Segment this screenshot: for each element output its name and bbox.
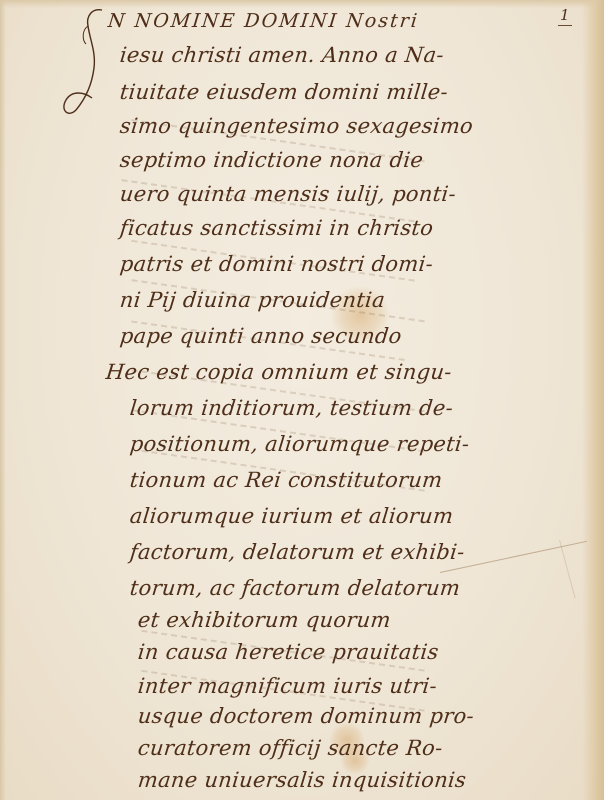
text-line: lorum inditiorum, testium de- (129, 396, 455, 420)
text-line: Hec est copia omnium et singu- (105, 360, 453, 384)
text-line: positionum, aliorumque repeti- (129, 432, 471, 456)
text-line: torum, ac factorum delatorum (129, 576, 462, 600)
text-line: N NOMINE DOMINI Nostri (107, 10, 420, 32)
text-line: usque doctorem dominum pro- (137, 704, 476, 728)
text-line: pape quinti anno secundo (119, 324, 403, 348)
text-line: patris et domini nostri domi- (119, 252, 435, 276)
text-line: inter magnificum iuris utri- (137, 674, 438, 698)
manuscript-text: N NOMINE DOMINI Nostri iesu christi amen… (0, 0, 604, 800)
text-line: curatorem officij sancte Ro- (137, 736, 444, 760)
text-line: ni Pij diuina prouidentia (119, 288, 387, 312)
text-line: tiuitate eiusdem domini mille- (119, 80, 450, 104)
text-line: simo quingentesimo sexagesimo (119, 114, 475, 138)
text-line: tionum ac Rei constitutorum (129, 468, 444, 492)
text-line: aliorumque iurium et aliorum (129, 504, 455, 528)
text-line: factorum, delatorum et exhibi- (129, 540, 466, 564)
text-line: mane uniuersalis inquisitionis (137, 768, 468, 792)
text-line: uero quinta mensis iulij, ponti- (119, 182, 457, 206)
text-line: et exhibitorum quorum (137, 608, 392, 632)
text-line: iesu christi amen. Anno a Na- (119, 43, 445, 67)
text-line: septimo indictione nona die (119, 148, 425, 172)
text-line: ficatus sanctissimi in christo (119, 216, 435, 240)
text-line: in causa heretice prauitatis (137, 640, 440, 664)
manuscript-page: 1 N NOMINE DOMINI Nostri iesu christi am… (0, 0, 604, 800)
